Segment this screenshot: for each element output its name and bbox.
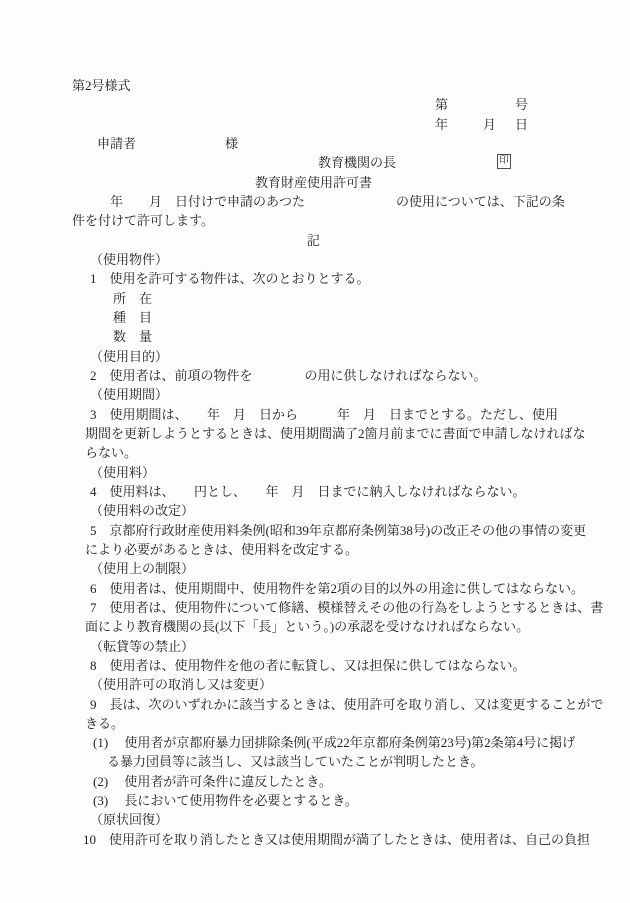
doc-number-suffix: 号: [515, 95, 528, 114]
document-line: 1 使用を許可する物件は、次のとおりとする。: [72, 269, 555, 288]
applicant-line: 申請者 様: [72, 134, 555, 153]
document-line: 期間を更新しようとするときは、使用期間満了2箇月前までに書面で申請しなければな: [72, 424, 555, 443]
intro-line-1: 年 月 日付けで申請のあつた の使用については、下記の条: [72, 192, 555, 211]
date-month-label: 月: [483, 115, 496, 134]
document-line: 2 使用者は、前項の物件を の用に供しなければならない。: [72, 366, 555, 385]
document-line: (3) 長において使用物件を必要とするとき。: [72, 791, 555, 810]
document-line: （使用目的）: [72, 347, 555, 366]
document-line: (1) 使用者が京都府暴力団排除条例(平成22年京都府条例第23号)第2条第4号…: [72, 733, 555, 752]
form-number-label: 第2号様式: [72, 76, 555, 95]
document-title: 教育財産使用許可書: [72, 173, 555, 192]
permit-document-page: 第2号様式 第 号 年 月 日 申請者 様 教育機関の長 印 教育財産使用許可書…: [0, 0, 630, 903]
document-line: 9 長は、次のいずれかに該当するときは、使用許可を取り消し、又は変更することがで: [72, 695, 555, 714]
document-line: きる。: [72, 714, 555, 733]
document-line: 3 使用期間は、 年 月 日から 年 月 日までとする。ただし、使用: [72, 405, 555, 424]
date-line: 年 月 日: [72, 115, 555, 134]
date-day-label: 日: [515, 115, 528, 134]
document-line: （使用料）: [72, 463, 555, 482]
document-line: 6 使用者は、使用期間中、使用物件を第2項の目的以外の用途に供してはならない。: [72, 579, 555, 598]
document-line: （使用物件）: [72, 250, 555, 269]
document-line: 所 在: [72, 289, 555, 308]
document-line: (2) 使用者が許可条件に違反したとき。: [72, 772, 555, 791]
document-line: 8 使用者は、使用物件を他の者に転貸し、又は担保に供してはならない。: [72, 656, 555, 675]
intro-line-2: 件を付けて許可します。: [72, 211, 555, 230]
record-mark: 記: [72, 231, 555, 250]
document-line: る暴力団員等に該当し、又は該当していたことが判明したとき。: [72, 752, 555, 771]
document-line: 数 量: [72, 327, 555, 346]
document-line: 種 目: [72, 308, 555, 327]
seal-mark: 印: [497, 154, 511, 169]
document-line: （使用料の改定）: [72, 501, 555, 520]
document-line: 7 使用者は、使用物件について修繕、模様替えその他の行為をしようとするときは、書: [72, 598, 555, 617]
document-line: 面により教育機関の長(以下「長」という。)の承認を受けなければならない。: [72, 617, 555, 636]
document-line: （原状回復）: [72, 810, 555, 829]
document-line: 4 使用料は、 円とし、 年 月 日までに納入しなければならない。: [72, 482, 555, 501]
document-line: により必要があるときは、使用料を改定する。: [72, 540, 555, 559]
document-line: （転貸等の禁止）: [72, 637, 555, 656]
document-line: 5 京都府行政財産使用料条例(昭和39年京都府条例第38号)の改正その他の事情の…: [72, 521, 555, 540]
doc-number-prefix: 第: [435, 95, 448, 114]
document-line: らない。: [72, 443, 555, 462]
applicant-honorific: 様: [225, 134, 238, 153]
issuer-line: 教育機関の長 印: [72, 153, 555, 172]
document-line: 10 使用許可を取り消したとき又は使用期間が満了したときは、使用者は、自己の負担: [72, 830, 555, 849]
issuer-label: 教育機関の長: [318, 153, 396, 172]
document-line: （使用上の制限）: [72, 559, 555, 578]
document-body: （使用物件）1 使用を許可する物件は、次のとおりとする。所 在種 目数 量（使用…: [72, 250, 555, 849]
doc-number-line: 第 号: [72, 95, 555, 114]
date-year-label: 年: [435, 115, 448, 134]
document-line: （使用許可の取消し又は変更）: [72, 675, 555, 694]
applicant-label: 申請者: [97, 134, 136, 153]
document-line: （使用期間）: [72, 385, 555, 404]
